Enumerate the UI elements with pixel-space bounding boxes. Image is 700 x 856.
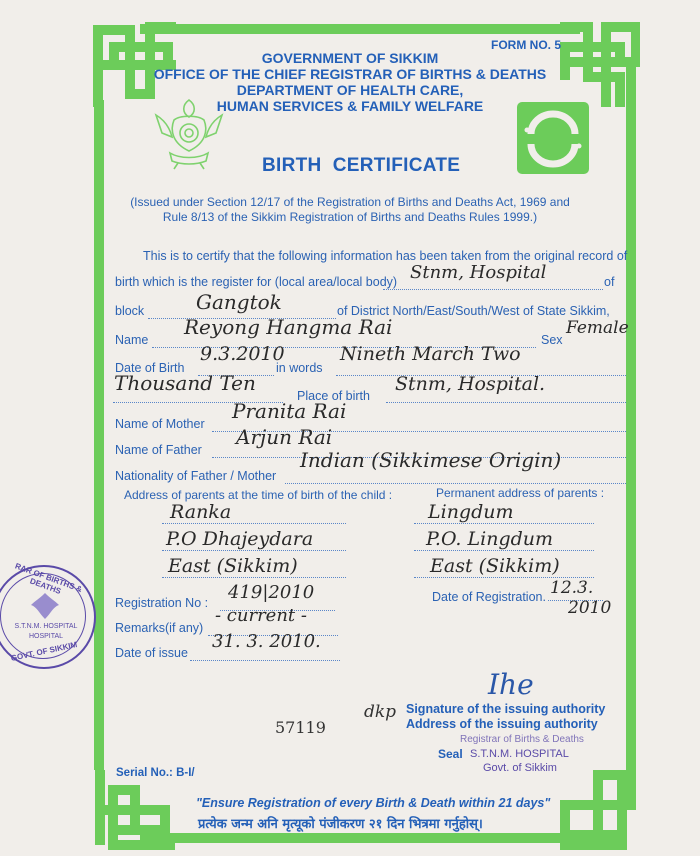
initials: dkp — [364, 702, 396, 722]
stamp-inner-1: S.T.N.M. HOSPITAL — [2, 623, 90, 630]
dob-value: 9.3.2010 — [200, 343, 285, 365]
field-line — [386, 402, 626, 403]
of-label: of — [604, 275, 614, 289]
register-label: birth which is the register for (local a… — [115, 275, 397, 289]
issue-date-label: Date of issue — [115, 646, 188, 660]
signature-label: Signature of the issuing authority — [406, 702, 605, 716]
stamp-registrar: Registrar of Births & Deaths — [460, 734, 584, 745]
registration-no-label: Registration No : — [115, 596, 208, 610]
issue-date-value: 31. 3. 2010. — [212, 631, 321, 652]
address-at-birth-label: Address of parents at the time of birth … — [124, 488, 392, 502]
address-authority-label: Address of the issuing authority — [406, 717, 598, 731]
header-line-1: GOVERNMENT OF SIKKIM — [0, 50, 700, 66]
certify-text: This is to certify that the following in… — [143, 249, 627, 263]
nationality-label: Nationality of Father / Mother — [115, 469, 276, 483]
block-label: block — [115, 304, 144, 318]
sex-value: Female — [566, 318, 629, 338]
mother-label: Name of Mother — [115, 417, 205, 431]
stamp-hospital: S.T.N.M. HOSPITAL — [470, 748, 569, 760]
address-at-birth-line-3: East (Sikkim) — [168, 555, 298, 577]
registration-date-year: 2010 — [568, 598, 611, 618]
remarks-label: Remarks(if any) — [115, 621, 203, 635]
frame-top — [140, 24, 580, 34]
field-line — [162, 550, 346, 551]
permanent-address-label: Permanent address of parents : — [436, 486, 604, 500]
header-line-2: OFFICE OF THE CHIEF REGISTRAR OF BIRTHS … — [0, 66, 700, 82]
nationality-value: Indian (Sikkimese Origin) — [300, 448, 561, 472]
sex-label: Sex — [541, 333, 563, 347]
corner-knot-bottom-left-icon — [95, 770, 175, 850]
local-body-value: Stnm, Hospital — [410, 262, 546, 283]
registration-date-label: Date of Registration. — [432, 590, 546, 604]
in-words-value-cont: Thousand Ten — [114, 371, 256, 395]
name-label: Name — [115, 333, 148, 347]
field-line — [414, 523, 594, 524]
signature: Ihe — [488, 668, 534, 701]
permanent-address-line-3: East (Sikkim) — [430, 555, 560, 577]
frame-bottom — [140, 833, 580, 843]
field-line — [162, 577, 346, 578]
corner-knot-bottom-right-icon — [560, 770, 640, 850]
stamp-govt: Govt. of Sikkim — [483, 762, 557, 774]
header-line-4: HUMAN SERVICES & FAMILY WELFARE — [0, 98, 700, 114]
field-line — [285, 483, 626, 484]
header-line-3: DEPARTMENT OF HEALTH CARE, — [0, 82, 700, 98]
seal-label: Seal — [438, 747, 463, 761]
remarks-value: - current - — [215, 605, 307, 626]
registration-no-value: 419|2010 — [228, 582, 314, 603]
address-at-birth-line-1: Ranka — [170, 501, 231, 523]
permanent-address-line-2: P.O. Lingdum — [426, 528, 553, 550]
field-line — [383, 289, 603, 290]
slogan-nepali: प्रत्येक जन्म अनि मृत्यूको पंजीकरण २१ दि… — [198, 814, 483, 832]
issued-under-line-1: (Issued under Section 12/17 of the Regis… — [0, 195, 700, 209]
field-line — [414, 550, 594, 551]
address-at-birth-line-2: P.O Dhajeydara — [166, 528, 313, 550]
issued-under-line-2: Rule 8/13 of the Sikkim Registration of … — [0, 210, 700, 224]
father-value: Arjun Rai — [236, 425, 332, 449]
field-line — [162, 523, 346, 524]
block-value: Gangtok — [196, 290, 282, 314]
registrar-round-stamp: RAR OF BIRTHS & DEATHS S.T.N.M. HOSPITAL… — [0, 565, 96, 669]
father-label: Name of Father — [115, 443, 202, 457]
in-words-label: in words — [276, 361, 323, 375]
slogan-english: "Ensure Registration of every Birth & De… — [196, 796, 550, 810]
in-words-value: Nineth March Two — [340, 343, 521, 365]
place-of-birth-value: Stnm, Hospital. — [395, 373, 545, 395]
permanent-address-line-1: Lingdum — [428, 501, 514, 523]
mother-value: Pranita Rai — [232, 399, 346, 423]
field-line — [190, 660, 340, 661]
registration-date-value: 12.3. — [550, 578, 593, 598]
serial-number: Serial No.: B-I/ — [116, 767, 195, 779]
stamp-emblem-icon — [29, 591, 61, 621]
name-value: Reyong Hangma Rai — [184, 315, 392, 339]
page-title: BIRTH CERTIFICATE — [262, 155, 460, 177]
certificate-number: 57119 — [275, 718, 326, 737]
